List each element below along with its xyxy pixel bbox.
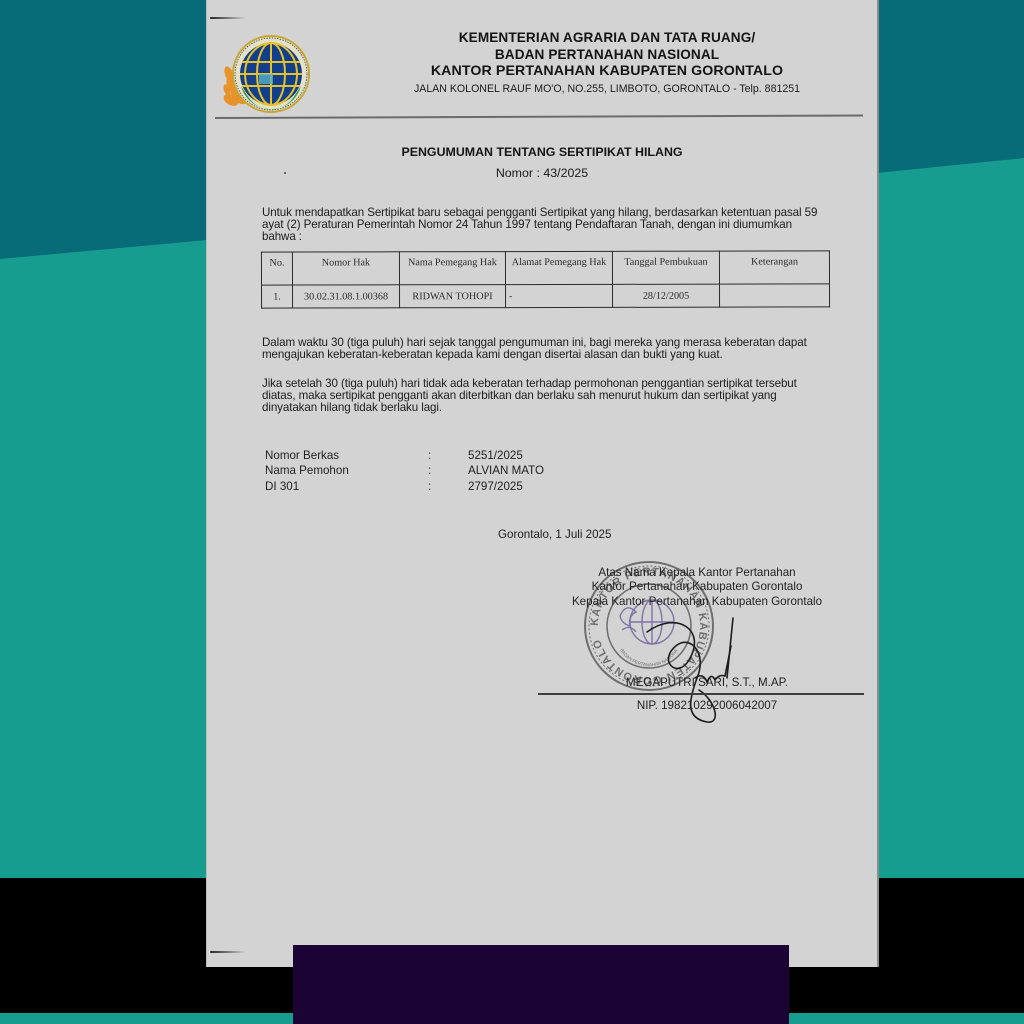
cell-nomor-hak: 30.02.31.08.1.00368: [293, 285, 400, 308]
letterhead-divider: [215, 115, 863, 119]
authority-line-1: Atas Nama Kepala Kantor Pertanahan: [552, 566, 842, 580]
info-colon: :: [428, 448, 468, 463]
info-row-nomor-berkas: Nomor Berkas : 5251/2025: [265, 448, 544, 463]
info-row-di-301: DI 301 : 2797/2025: [265, 479, 544, 494]
announcement-document: KEMENTERIAN AGRARIA DAN TATA RUANG/ BADA…: [207, 0, 877, 967]
info-label: DI 301: [265, 479, 428, 494]
lost-certificate-table: No. Nomor Hak Nama Pemegang Hak Alamat P…: [261, 250, 830, 308]
info-row-nama-pemohon: Nama Pemohon : ALVIAN MATO: [265, 463, 544, 478]
col-header-no: No.: [261, 252, 292, 285]
bpn-logo-icon: [221, 34, 311, 116]
cell-alamat-pemegang: -: [506, 284, 613, 307]
signer-nip: NIP. 198210292006042007: [597, 699, 817, 712]
table-row: 1. 30.02.31.08.1.00368 RIDWAN TOHOPI - 2…: [262, 284, 830, 308]
purple-overlay-panel: [293, 945, 789, 1024]
info-colon: :: [428, 479, 468, 494]
col-header-keterangan: Keterangan: [719, 251, 829, 284]
col-header-alamat-pemegang: Alamat Pemegang Hak: [505, 251, 612, 284]
letterhead: KEMENTERIAN AGRARIA DAN TATA RUANG/ BADA…: [367, 30, 847, 98]
info-value: 2797/2025: [468, 479, 523, 494]
col-header-nama-pemegang: Nama Pemegang Hak: [399, 252, 505, 285]
objection-paragraph: Dalam waktu 30 (tiga puluh) hari sejak t…: [262, 337, 822, 361]
signer-name: MEGAPUTRI SARI, S.T., M.AP.: [597, 676, 817, 689]
office-name: KANTOR PERTANAHAN KABUPATEN GORONTALO: [367, 63, 847, 80]
cell-nama-pemegang: RIDWAN TOHOPI: [400, 285, 506, 308]
authority-line-2: Kantor Pertanahan Kabupaten Gorontalo: [552, 580, 842, 594]
info-value: ALVIAN MATO: [468, 463, 544, 478]
cell-no: 1.: [262, 285, 293, 308]
cell-tanggal-pembukuan: 28/12/2005: [613, 284, 720, 307]
place-and-date: Gorontalo, 1 Juli 2025: [498, 528, 611, 541]
application-info: Nomor Berkas : 5251/2025 Nama Pemohon : …: [265, 448, 544, 494]
info-colon: :: [428, 463, 468, 478]
table-header-row: No. Nomor Hak Nama Pemegang Hak Alamat P…: [261, 251, 829, 285]
signature-line: [538, 693, 864, 695]
document-title: PENGUMUMAN TENTANG SERTIPIKAT HILANG: [207, 145, 877, 159]
cell-keterangan: [720, 284, 830, 307]
scan-edge-mark: [210, 951, 246, 953]
col-header-nomor-hak: Nomor Hak: [292, 252, 399, 285]
office-address: JALAN KOLONEL RAUF MO'O, NO.255, LIMBOTO…: [367, 81, 847, 98]
ministry-name: KEMENTERIAN AGRARIA DAN TATA RUANG/: [367, 30, 847, 47]
info-label: Nomor Berkas: [265, 448, 428, 463]
intro-paragraph: Untuk mendapatkan Sertipikat baru sebaga…: [262, 207, 822, 242]
scan-edge-mark: [210, 17, 246, 19]
agency-name: BADAN PERTANAHAN NASIONAL: [367, 47, 847, 64]
info-value: 5251/2025: [468, 448, 523, 463]
col-header-tanggal-pembukuan: Tanggal Pembukuan: [612, 251, 719, 284]
validity-paragraph: Jika setelah 30 (tiga puluh) hari tidak …: [262, 378, 822, 413]
document-number: Nomor : 43/2025: [207, 166, 877, 180]
info-label: Nama Pemohon: [265, 463, 428, 478]
